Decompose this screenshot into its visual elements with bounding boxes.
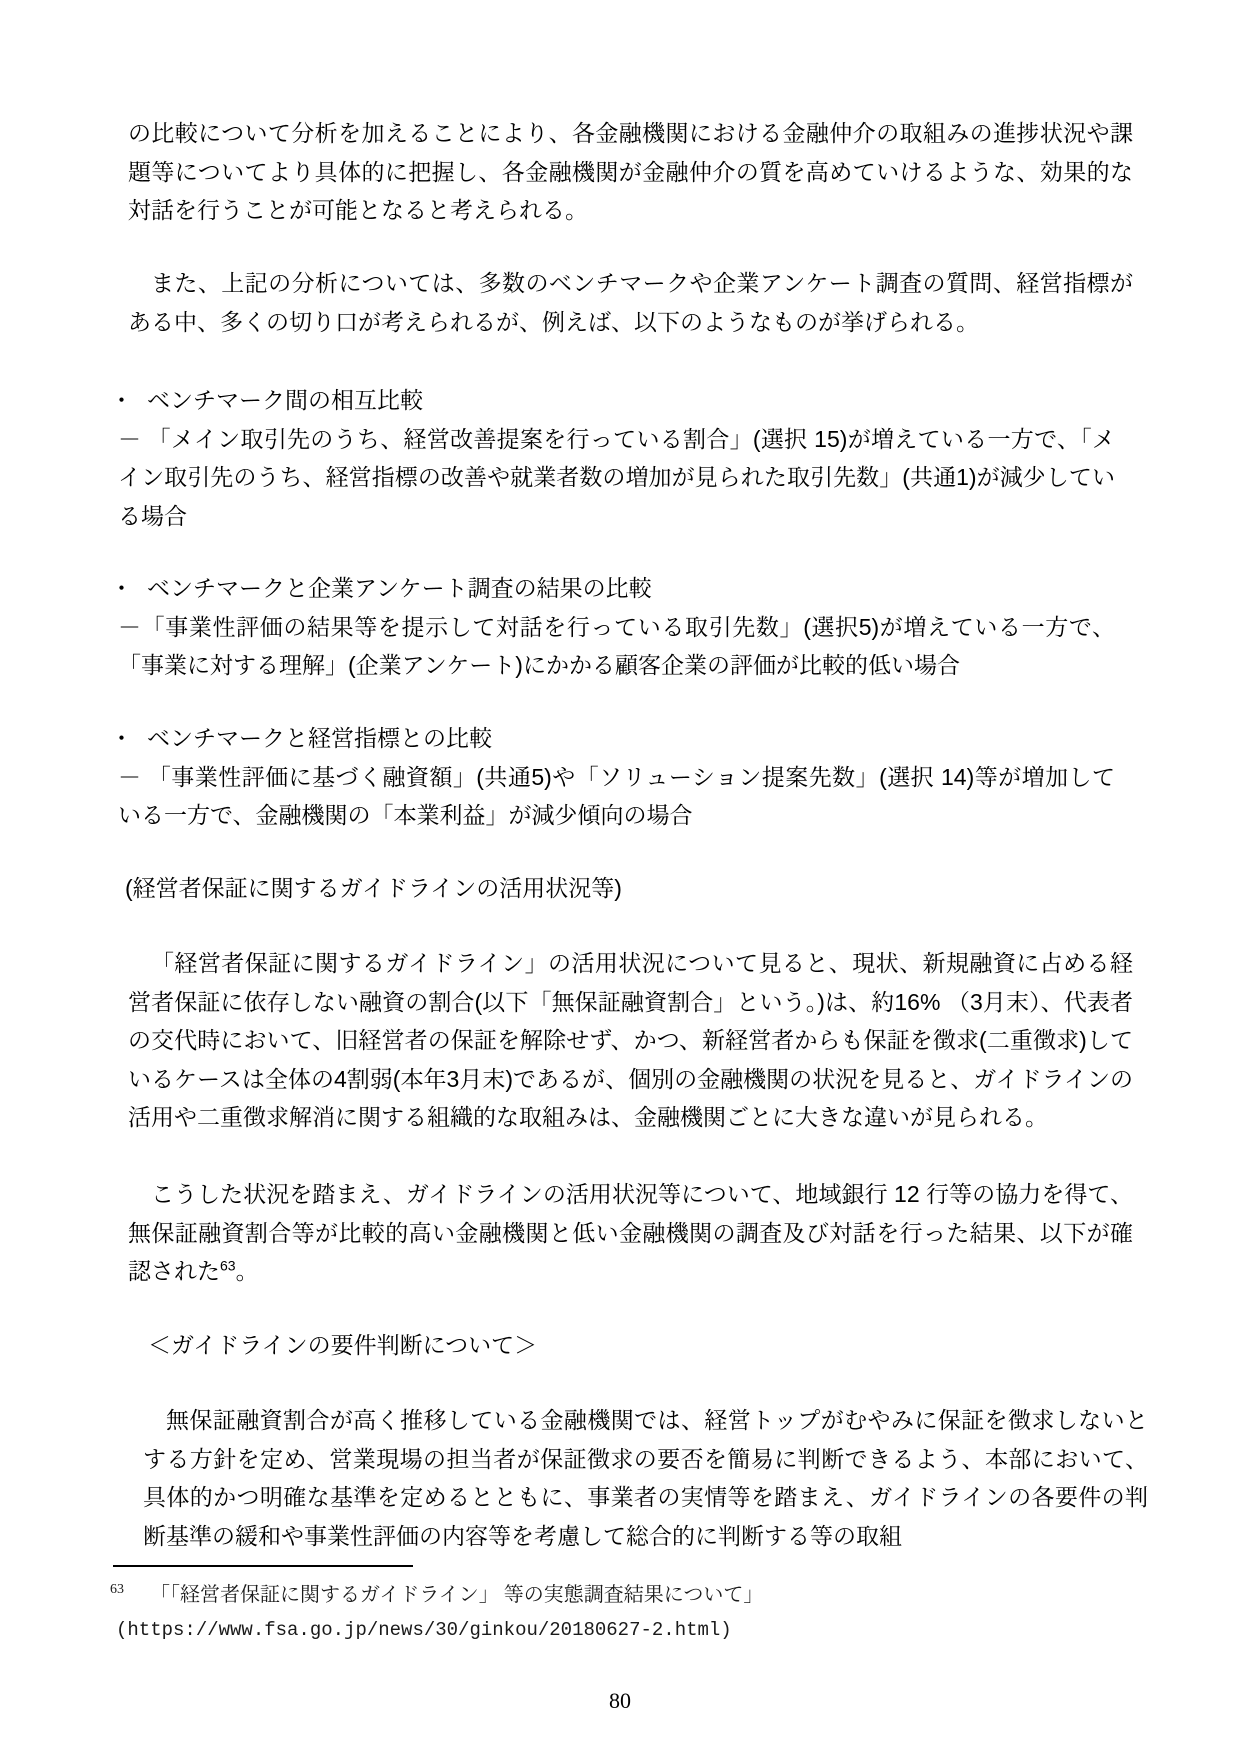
footnote: 63「「経営者保証に関するガイドライン」 等の実態調査結果について」 (http…	[110, 1578, 1115, 1648]
footnote-line: 63「「経営者保証に関するガイドライン」 等の実態調査結果について」	[110, 1578, 1115, 1613]
bullet-marker: ・	[110, 569, 147, 608]
section-heading-guarantee-guideline: (経営者保証に関するガイドラインの活用状況等)	[110, 869, 1130, 908]
page-number: 80	[0, 1688, 1240, 1714]
paragraph-intro-continuation: の比較について分析を加えることにより、各金融機関における金融仲介の取組みの進捗状…	[110, 114, 1133, 230]
bullet-detail: － 「事業性評価に基づく融資額」(共通5)や「ソリューション提案先数」(選択 1…	[110, 758, 1115, 835]
paragraph-analysis-note: また、上記の分析については、多数のベンチマークや企業アンケート調査の質問、経営指…	[110, 264, 1133, 341]
bullet-title-text: ベンチマークと経営指標との比較	[147, 725, 492, 751]
bullet-title-text: ベンチマーク間の相互比較	[147, 387, 423, 413]
bullet-detail: － 「メイン取引先のうち、経営改善提案を行っている割合」(選択 15)が増えてい…	[110, 420, 1115, 536]
sentence-end: 。	[236, 1258, 259, 1284]
bullet-item-benchmark-indicator-comparison: ・ベンチマークと経営指標との比較 － 「事業性評価に基づく融資額」(共通5)や「…	[110, 719, 1115, 835]
paragraph-guideline-usage: 「経営者保証に関するガイドライン」の活用状況について見ると、現状、新規融資に占め…	[110, 944, 1133, 1137]
paragraph-requirement-practice: 無保証融資割合が高く推移している金融機関では、経営トップがむやみに保証を徴求しな…	[110, 1401, 1148, 1555]
heading-guideline-requirement-judgement: ＜ガイドラインの要件判断について＞	[110, 1326, 1153, 1365]
bullet-item-benchmark-survey-comparison: ・ベンチマークと企業アンケート調査の結果の比較 －「事業性評価の結果等を提示して…	[110, 569, 1115, 685]
paragraph-survey-result-text: こうした状況を踏まえ、ガイドラインの活用状況等について、地域銀行 12 行等の協…	[128, 1181, 1133, 1284]
bullet-title: ・ベンチマーク間の相互比較	[110, 381, 1115, 420]
bullet-detail: －「事業性評価の結果等を提示して対話を行っている取引先数」(選択5)が増えている…	[110, 608, 1115, 685]
paragraph-survey-result: こうした状況を踏まえ、ガイドラインの活用状況等について、地域銀行 12 行等の協…	[110, 1175, 1133, 1291]
bullet-title: ・ベンチマークと企業アンケート調査の結果の比較	[110, 569, 1115, 608]
bullet-marker: ・	[110, 381, 147, 420]
footnote-text: 「「経営者保証に関するガイドライン」 等の実態調査結果について」	[150, 1584, 763, 1606]
bullet-marker: ・	[110, 719, 147, 758]
bullet-title-text: ベンチマークと企業アンケート調査の結果の比較	[147, 575, 652, 601]
document-page: の比較について分析を加えることにより、各金融機関における金融仲介の取組みの進捗状…	[0, 0, 1240, 1755]
footnote-url: (https://www.fsa.go.jp/news/30/ginkou/20…	[110, 1613, 1115, 1648]
bullet-item-benchmark-comparison: ・ベンチマーク間の相互比較 － 「メイン取引先のうち、経営改善提案を行っている割…	[110, 381, 1115, 535]
footnote-separator	[113, 1565, 413, 1567]
bullet-title: ・ベンチマークと経営指標との比較	[110, 719, 1115, 758]
footnote-reference: 63	[220, 1257, 236, 1273]
